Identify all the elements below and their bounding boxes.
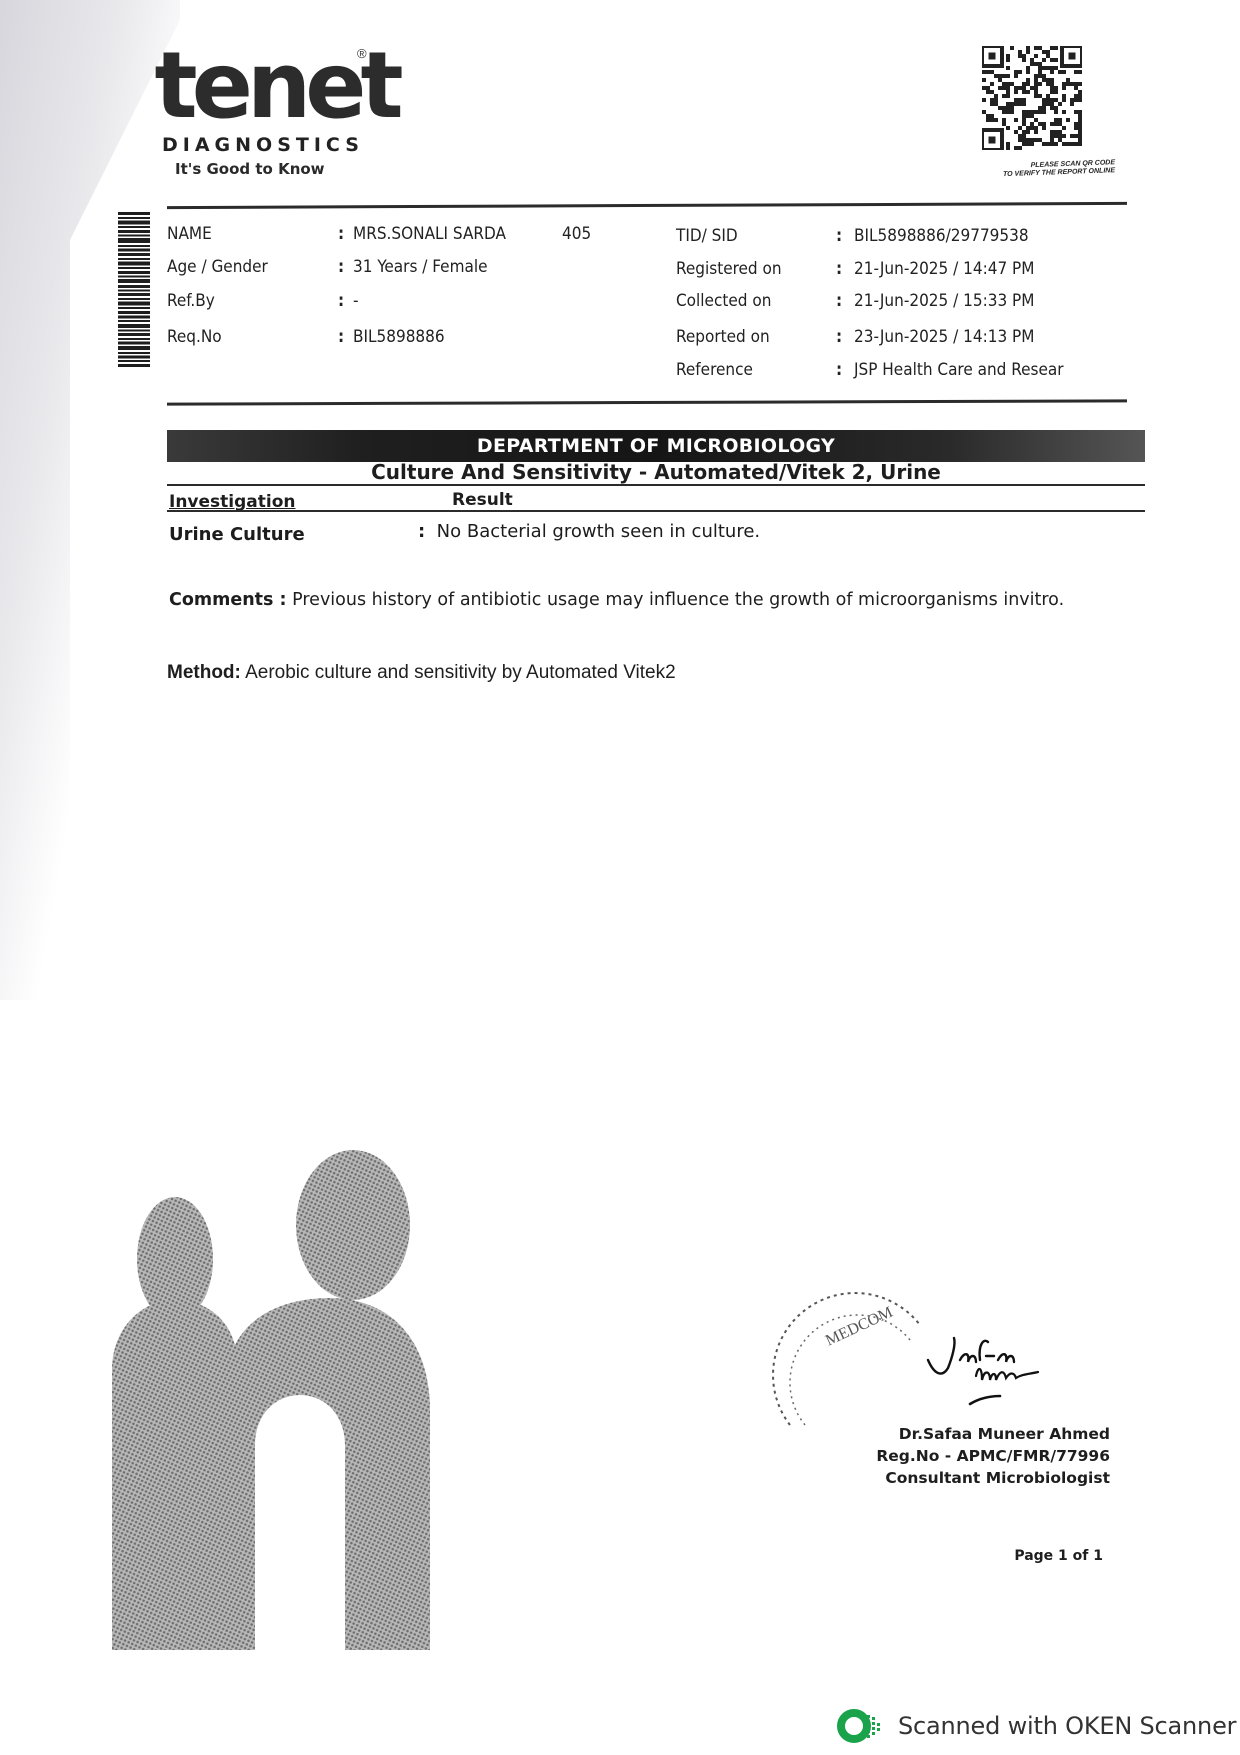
doctor-name: Dr.Safaa Muneer Ahmed	[876, 1423, 1110, 1445]
field-label: Collected on	[676, 291, 771, 311]
comments-text: Previous history of antibiotic usage may…	[292, 590, 1064, 610]
comments-label: Comments :	[169, 590, 287, 610]
brand-logo: tenet ® DIAGNOSTICS It's Good to Know	[152, 40, 392, 178]
field-value: BIL5898886/29779538	[854, 226, 1029, 246]
field-label: Req.No	[167, 327, 222, 347]
brand-tagline: It's Good to Know	[175, 160, 392, 178]
signature-icon	[920, 1330, 1060, 1410]
doctor-designation: Consultant Microbiologist	[876, 1467, 1110, 1489]
field-label: Reference	[676, 360, 753, 380]
field-label: Registered on	[676, 259, 782, 279]
field-label: NAME	[167, 224, 212, 244]
field-label: TID/ SID	[676, 226, 738, 246]
signatory-block: Dr.Safaa Muneer Ahmed Reg.No - APMC/FMR/…	[876, 1423, 1110, 1489]
field-value: JSP Health Care and Resear	[854, 360, 1064, 380]
method-text: Aerobic culture and sensitivity by Autom…	[245, 662, 676, 683]
info-divider	[167, 399, 1127, 405]
field-value: 21-Jun-2025 / 14:47 PM	[854, 259, 1034, 279]
barcode-icon	[118, 212, 150, 367]
qr-caption: PLEASE SCAN QR CODE TO VERIFY THE REPORT…	[955, 159, 1115, 181]
field-value: MRS.SONALI SARDA	[353, 224, 506, 244]
comments: Comments : Previous history of antibioti…	[169, 587, 1089, 614]
method-label: Method:	[167, 662, 241, 683]
department-banner: DEPARTMENT OF MICROBIOLOGY	[167, 430, 1145, 462]
field-label: Age / Gender	[167, 257, 268, 277]
field-value: 31 Years / Female	[353, 257, 488, 277]
field-label: Reported on	[676, 327, 770, 347]
header-divider	[167, 202, 1127, 209]
qr-code-icon[interactable]	[982, 46, 1082, 150]
column-result: Result	[452, 490, 513, 510]
registered-mark: ®	[357, 46, 367, 61]
doctor-reg-no: Reg.No - APMC/FMR/77996	[876, 1445, 1110, 1467]
page-number: Page 1 of 1	[1014, 1548, 1103, 1564]
scanner-text: Scanned with OKEN Scanner	[898, 1712, 1236, 1740]
oken-scanner-icon	[836, 1706, 882, 1746]
field-value: 23-Jun-2025 / 14:13 PM	[854, 327, 1034, 347]
method: Method: Aerobic culture and sensitivity …	[167, 662, 676, 684]
investigation-urine-culture: Urine Culture	[169, 524, 305, 545]
scanner-watermark: Scanned with OKEN Scanner	[836, 1706, 1236, 1746]
field-label: Ref.By	[167, 291, 215, 311]
watermark-logo-icon	[100, 1150, 450, 1650]
field-value: BIL5898886	[353, 327, 445, 347]
field-extra: 405	[562, 224, 591, 244]
field-value: -	[353, 291, 359, 311]
column-divider	[167, 510, 1145, 512]
column-investigation: Investigation	[169, 492, 296, 512]
svg-text:MEDCOM: MEDCOM	[823, 1304, 895, 1350]
field-value: 21-Jun-2025 / 15:33 PM	[854, 291, 1034, 311]
test-name: Culture And Sensitivity - Automated/Vite…	[167, 460, 1145, 484]
result-urine-culture: : No Bacterial growth seen in culture.	[418, 521, 760, 542]
test-divider	[167, 484, 1145, 486]
stamp-icon: MEDCOM	[770, 1285, 940, 1435]
